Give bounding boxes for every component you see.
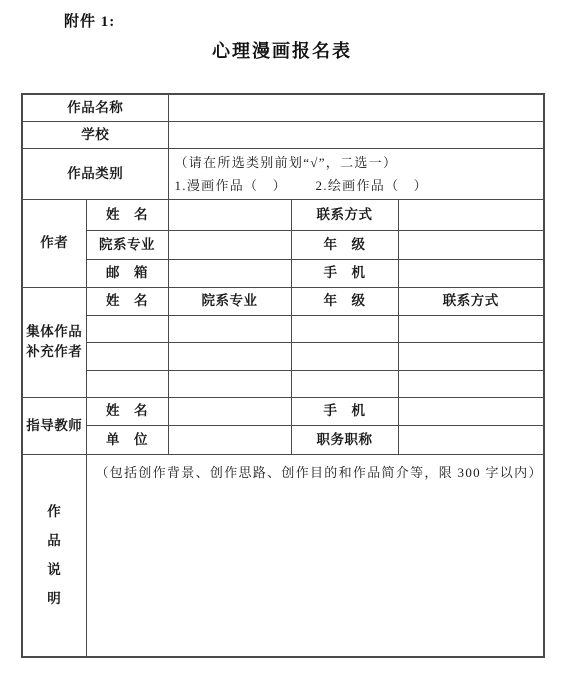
work-name-label: 作品名称 <box>22 94 168 121</box>
table-row: 作 品 说 明 （包括创作背景、创作思路、创作目的和作品简介等，限 300 字以… <box>22 454 544 657</box>
author-contact-label: 联系方式 <box>291 199 398 230</box>
author-mobile-label: 手 机 <box>291 259 398 287</box>
collective-name-input-2[interactable] <box>86 342 168 370</box>
category-option-painting[interactable]: 2.绘画作品（ ） <box>316 178 428 193</box>
table-row: 指导教师 姓 名 手 机 <box>22 397 544 425</box>
author-email-input[interactable] <box>168 259 291 287</box>
author-department-label: 院系专业 <box>86 230 168 259</box>
table-row <box>22 342 544 370</box>
school-input[interactable] <box>168 121 544 148</box>
collective-contact-input-1[interactable] <box>398 315 544 342</box>
collective-header-contact: 联系方式 <box>398 287 544 315</box>
author-contact-input[interactable] <box>398 199 544 230</box>
collective-grade-input-2[interactable] <box>291 342 398 370</box>
collective-header-department: 院系专业 <box>168 287 291 315</box>
author-section-label: 作者 <box>22 199 86 287</box>
registration-form-table: 作品名称 学校 作品类别 （请在所选类别前划“√”，二选一） 1.漫画作品（ ）… <box>21 93 545 658</box>
work-name-input[interactable] <box>168 94 544 121</box>
collective-grade-input-3[interactable] <box>291 370 398 397</box>
collective-header-grade: 年 级 <box>291 287 398 315</box>
author-mobile-input[interactable] <box>398 259 544 287</box>
table-row: 作者 姓 名 联系方式 <box>22 199 544 230</box>
teacher-unit-label: 单 位 <box>86 425 168 454</box>
teacher-title-input[interactable] <box>398 425 544 454</box>
collective-label-line2: 补充作者 <box>23 342 86 362</box>
attachment-label: 附件 1: <box>64 10 115 31</box>
description-section-label: 作 品 说 明 <box>22 454 86 657</box>
description-note: （包括创作背景、创作思路、创作目的和作品简介等，限 300 字以内） <box>96 462 540 481</box>
collective-department-input-2[interactable] <box>168 342 291 370</box>
teacher-mobile-label: 手 机 <box>291 397 398 425</box>
collective-name-input-3[interactable] <box>86 370 168 397</box>
author-grade-input[interactable] <box>398 230 544 259</box>
table-row <box>22 370 544 397</box>
table-row: 邮 箱 手 机 <box>22 259 544 287</box>
collective-header-name: 姓 名 <box>86 287 168 315</box>
category-options: 1.漫画作品（ ） 2.绘画作品（ ） <box>175 174 540 197</box>
school-label: 学校 <box>22 121 168 148</box>
teacher-name-input[interactable] <box>168 397 291 425</box>
teacher-mobile-input[interactable] <box>398 397 544 425</box>
collective-contact-input-2[interactable] <box>398 342 544 370</box>
author-department-input[interactable] <box>168 230 291 259</box>
teacher-title-label: 职务职称 <box>291 425 398 454</box>
form-title: 心理漫画报名表 <box>0 37 564 63</box>
collective-label-line1: 集体作品 <box>23 322 86 342</box>
author-email-label: 邮 箱 <box>86 259 168 287</box>
table-row: 作品名称 <box>22 94 544 121</box>
category-option-comic[interactable]: 1.漫画作品（ ） <box>175 178 287 193</box>
author-name-label: 姓 名 <box>86 199 168 230</box>
description-label-char-1: 作 <box>23 497 86 526</box>
description-label-char-3: 说 <box>23 555 86 584</box>
table-row: 学校 <box>22 121 544 148</box>
author-grade-label: 年 级 <box>291 230 398 259</box>
category-cell: （请在所选类别前划“√”，二选一） 1.漫画作品（ ） 2.绘画作品（ ） <box>168 148 544 199</box>
collective-name-input-1[interactable] <box>86 315 168 342</box>
collective-department-input-1[interactable] <box>168 315 291 342</box>
category-label: 作品类别 <box>22 148 168 199</box>
collective-section-label: 集体作品 补充作者 <box>22 287 86 397</box>
category-instruction: （请在所选类别前划“√”，二选一） <box>175 151 540 174</box>
description-label-char-4: 明 <box>23 584 86 613</box>
description-input[interactable]: （包括创作背景、创作思路、创作目的和作品简介等，限 300 字以内） <box>86 454 544 657</box>
collective-department-input-3[interactable] <box>168 370 291 397</box>
table-row <box>22 315 544 342</box>
teacher-section-label: 指导教师 <box>22 397 86 454</box>
teacher-name-label: 姓 名 <box>86 397 168 425</box>
table-row: 集体作品 补充作者 姓 名 院系专业 年 级 联系方式 <box>22 287 544 315</box>
table-row: 单 位 职务职称 <box>22 425 544 454</box>
table-row: 作品类别 （请在所选类别前划“√”，二选一） 1.漫画作品（ ） 2.绘画作品（… <box>22 148 544 199</box>
collective-grade-input-1[interactable] <box>291 315 398 342</box>
document-page: 附件 1: 心理漫画报名表 作品名称 学校 作品类别 （请在所选类别前划“√”，… <box>0 0 564 685</box>
table-row: 院系专业 年 级 <box>22 230 544 259</box>
description-label-char-2: 品 <box>23 526 86 555</box>
collective-contact-input-3[interactable] <box>398 370 544 397</box>
teacher-unit-input[interactable] <box>168 425 291 454</box>
author-name-input[interactable] <box>168 199 291 230</box>
